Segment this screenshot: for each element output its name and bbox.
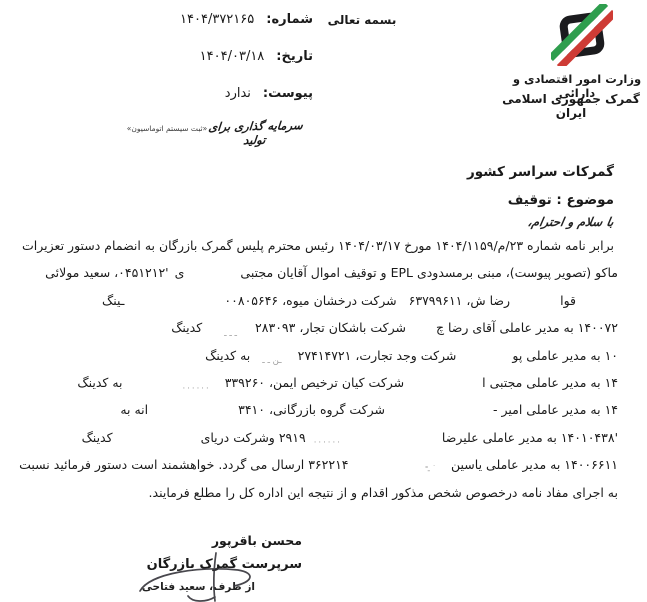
logo-stripes — [551, 4, 613, 66]
document-number-row: شماره: ۱۴۰۴/۳۷۲۱۶۵ — [180, 12, 313, 27]
subject-line: موضوع : توقیف — [508, 192, 614, 208]
date-label: تاریخ: — [276, 49, 313, 64]
body-text-segment: ـینگ — [102, 293, 124, 308]
attachment-row: پیوست: ندارد — [225, 86, 313, 101]
body-text-segment: ۱۴۰۰۶۶۱۱ به مدیر عاملی یاسین — [451, 457, 618, 472]
year-slogan: سرمایه گذاری برای تولید — [195, 118, 316, 148]
body-text-segment: ۲۹۱۹ — [279, 430, 306, 445]
bismillah-text: بسمه تعالی — [312, 13, 412, 27]
redaction-residue: ······ — [314, 438, 342, 448]
body-text-segment: وشرکت دریای — [201, 430, 275, 445]
body-text-segment: ۱۰ به مدیر عاملی پو — [512, 348, 618, 363]
redaction-residue: ـ ـ ـ — [224, 329, 237, 339]
body-text-segment: کدینگ — [82, 430, 113, 445]
redaction-residue: ـن ـ ـ — [262, 356, 281, 366]
body-text-segment: ارسال می گردد. خواهشمند است دستور فرمائی… — [19, 457, 304, 472]
body-text-segment: ، ۳۳۹۲۶۰ — [225, 375, 273, 390]
body-line: برابر نامه شماره ۲۳/م/۱۴۰۴/۱۱۵۹ مورخ ۱۴۰… — [14, 238, 618, 265]
salutation-line: با سلام و احترام، — [527, 215, 615, 229]
body-text-segment: قوا — [560, 293, 576, 308]
body-line: به اجرای مفاد نامه درخصوص شخص مذکور اقدا… — [14, 485, 618, 512]
body-text-segment: ۱۴ به مدیر عاملی مجتبی ا — [482, 375, 618, 390]
body-line: ۱۴۰۰۶۶۱۱ به مدیر عاملی یاسینۤ - ً۳۶۲۲۱۴ا… — [14, 457, 618, 484]
attachment-label: پیوست: — [263, 86, 313, 101]
body-text-segment: برابر نامه شماره ۲۳/م/۱۴۰۴/۱۱۵۹ مورخ ۱۴۰… — [22, 238, 614, 253]
organization-name: گمرک جمهوری اسلامی ایران — [485, 92, 647, 120]
redaction-residue: ۤ - ً — [425, 466, 433, 476]
body-text-segment: شرکت کیان ترخیص ایمن — [273, 375, 404, 390]
body-text-segment: ، سعید مولائی — [45, 265, 118, 280]
body-text-segment: '۱۴۰۱۰۴۳۸ به مدیر عاملی علیرضا — [442, 430, 618, 445]
body-text-segment: ، ۰۰۸۰۵۶۴۶ — [224, 293, 286, 308]
body-text-segment: ، ۶۳۷۹۹۶۱۱ — [409, 293, 471, 308]
date-value: ۱۴۰۴/۰۳/۱۸ — [200, 49, 265, 64]
document-number-label: شماره: — [266, 12, 313, 27]
body-text-segment: ، ۲۷۴۱۴۷۲۱ — [298, 348, 360, 363]
body-text-segment: کدینگ — [171, 320, 202, 335]
body-text-segment: ، ۲۸۳۰۹۳ — [255, 320, 303, 335]
customs-logo-icon — [551, 4, 613, 66]
body-line: '۱۴۰۱۰۴۳۸ به مدیر عاملی علیرضا······۲۹۱۹… — [14, 430, 618, 457]
body-line: ۱۰ به مدیر عاملی پوشرکت وجد تجارت، ۲۷۴۱۴… — [14, 348, 618, 375]
body-line: ماکو (تصویر پیوست)، مبنی برمسدودی EPL و … — [14, 265, 618, 292]
signature-scribble — [112, 545, 272, 602]
body-text-segment: ، ۳۴۱۰ — [238, 402, 273, 417]
body-text-segment: ۱۴۰۰۷۲ به مدیر عاملی آقای رضا چ — [436, 320, 618, 335]
body-line: ۱۴ به مدیر عاملی امیر -شرکت گروه بازرگان… — [14, 402, 618, 429]
scanned-letter-page: { "letterhead": { "bismillah": "بسمه تعا… — [0, 0, 647, 602]
body-text-segment: شرکت باشکان تجار — [303, 320, 406, 335]
attachment-value: ندارد — [225, 86, 251, 101]
body-text-segment: رضا ش — [470, 293, 510, 308]
body-text-segment: شرکت گروه بازرگانی — [273, 402, 385, 417]
redaction-residue: ······ — [183, 384, 211, 394]
body-text-segment: شرکت وجد تجارت — [359, 348, 456, 363]
body-text-segment: به کدینگ — [77, 375, 122, 390]
body-text-segment: انه به — [120, 402, 148, 417]
body-text-segment: ۳۶۲۲۱۴ — [308, 457, 348, 472]
recipient-line: گمرکات سراسر کشور — [467, 164, 614, 180]
body-text-segment: به اجرای مفاد نامه درخصوص شخص مذکور اقدا… — [149, 485, 618, 500]
body-line: ۱۴ به مدیر عاملی مجتبی اشرکت کیان ترخیص … — [14, 375, 618, 402]
body-text-segment: به کدینگ — [205, 348, 250, 363]
body-text-segment: ماکو (تصویر پیوست)، مبنی برمسدودی EPL و … — [240, 265, 618, 280]
body-line: قوارضا ش، ۶۳۷۹۹۶۱۱شرکت درخشان میوه، ۰۰۸۰… — [14, 293, 618, 320]
body-text-segment: '۰۴۵۱۲۱۲ — [118, 265, 168, 280]
body-text-segment: ۱۴ به مدیر عاملی امیر - — [493, 402, 618, 417]
body-text-segment: ی — [175, 265, 185, 280]
body-line: ۱۴۰۰۷۲ به مدیر عاملی آقای رضا چشرکت باشک… — [14, 320, 618, 347]
body-text-segment: شرکت درخشان میوه — [286, 293, 397, 308]
letter-body: برابر نامه شماره ۲۳/م/۱۴۰۴/۱۱۵۹ مورخ ۱۴۰… — [14, 238, 618, 512]
document-number-value: ۱۴۰۴/۳۷۲۱۶۵ — [180, 12, 254, 27]
date-row: تاریخ: ۱۴۰۴/۰۳/۱۸ — [200, 49, 313, 64]
